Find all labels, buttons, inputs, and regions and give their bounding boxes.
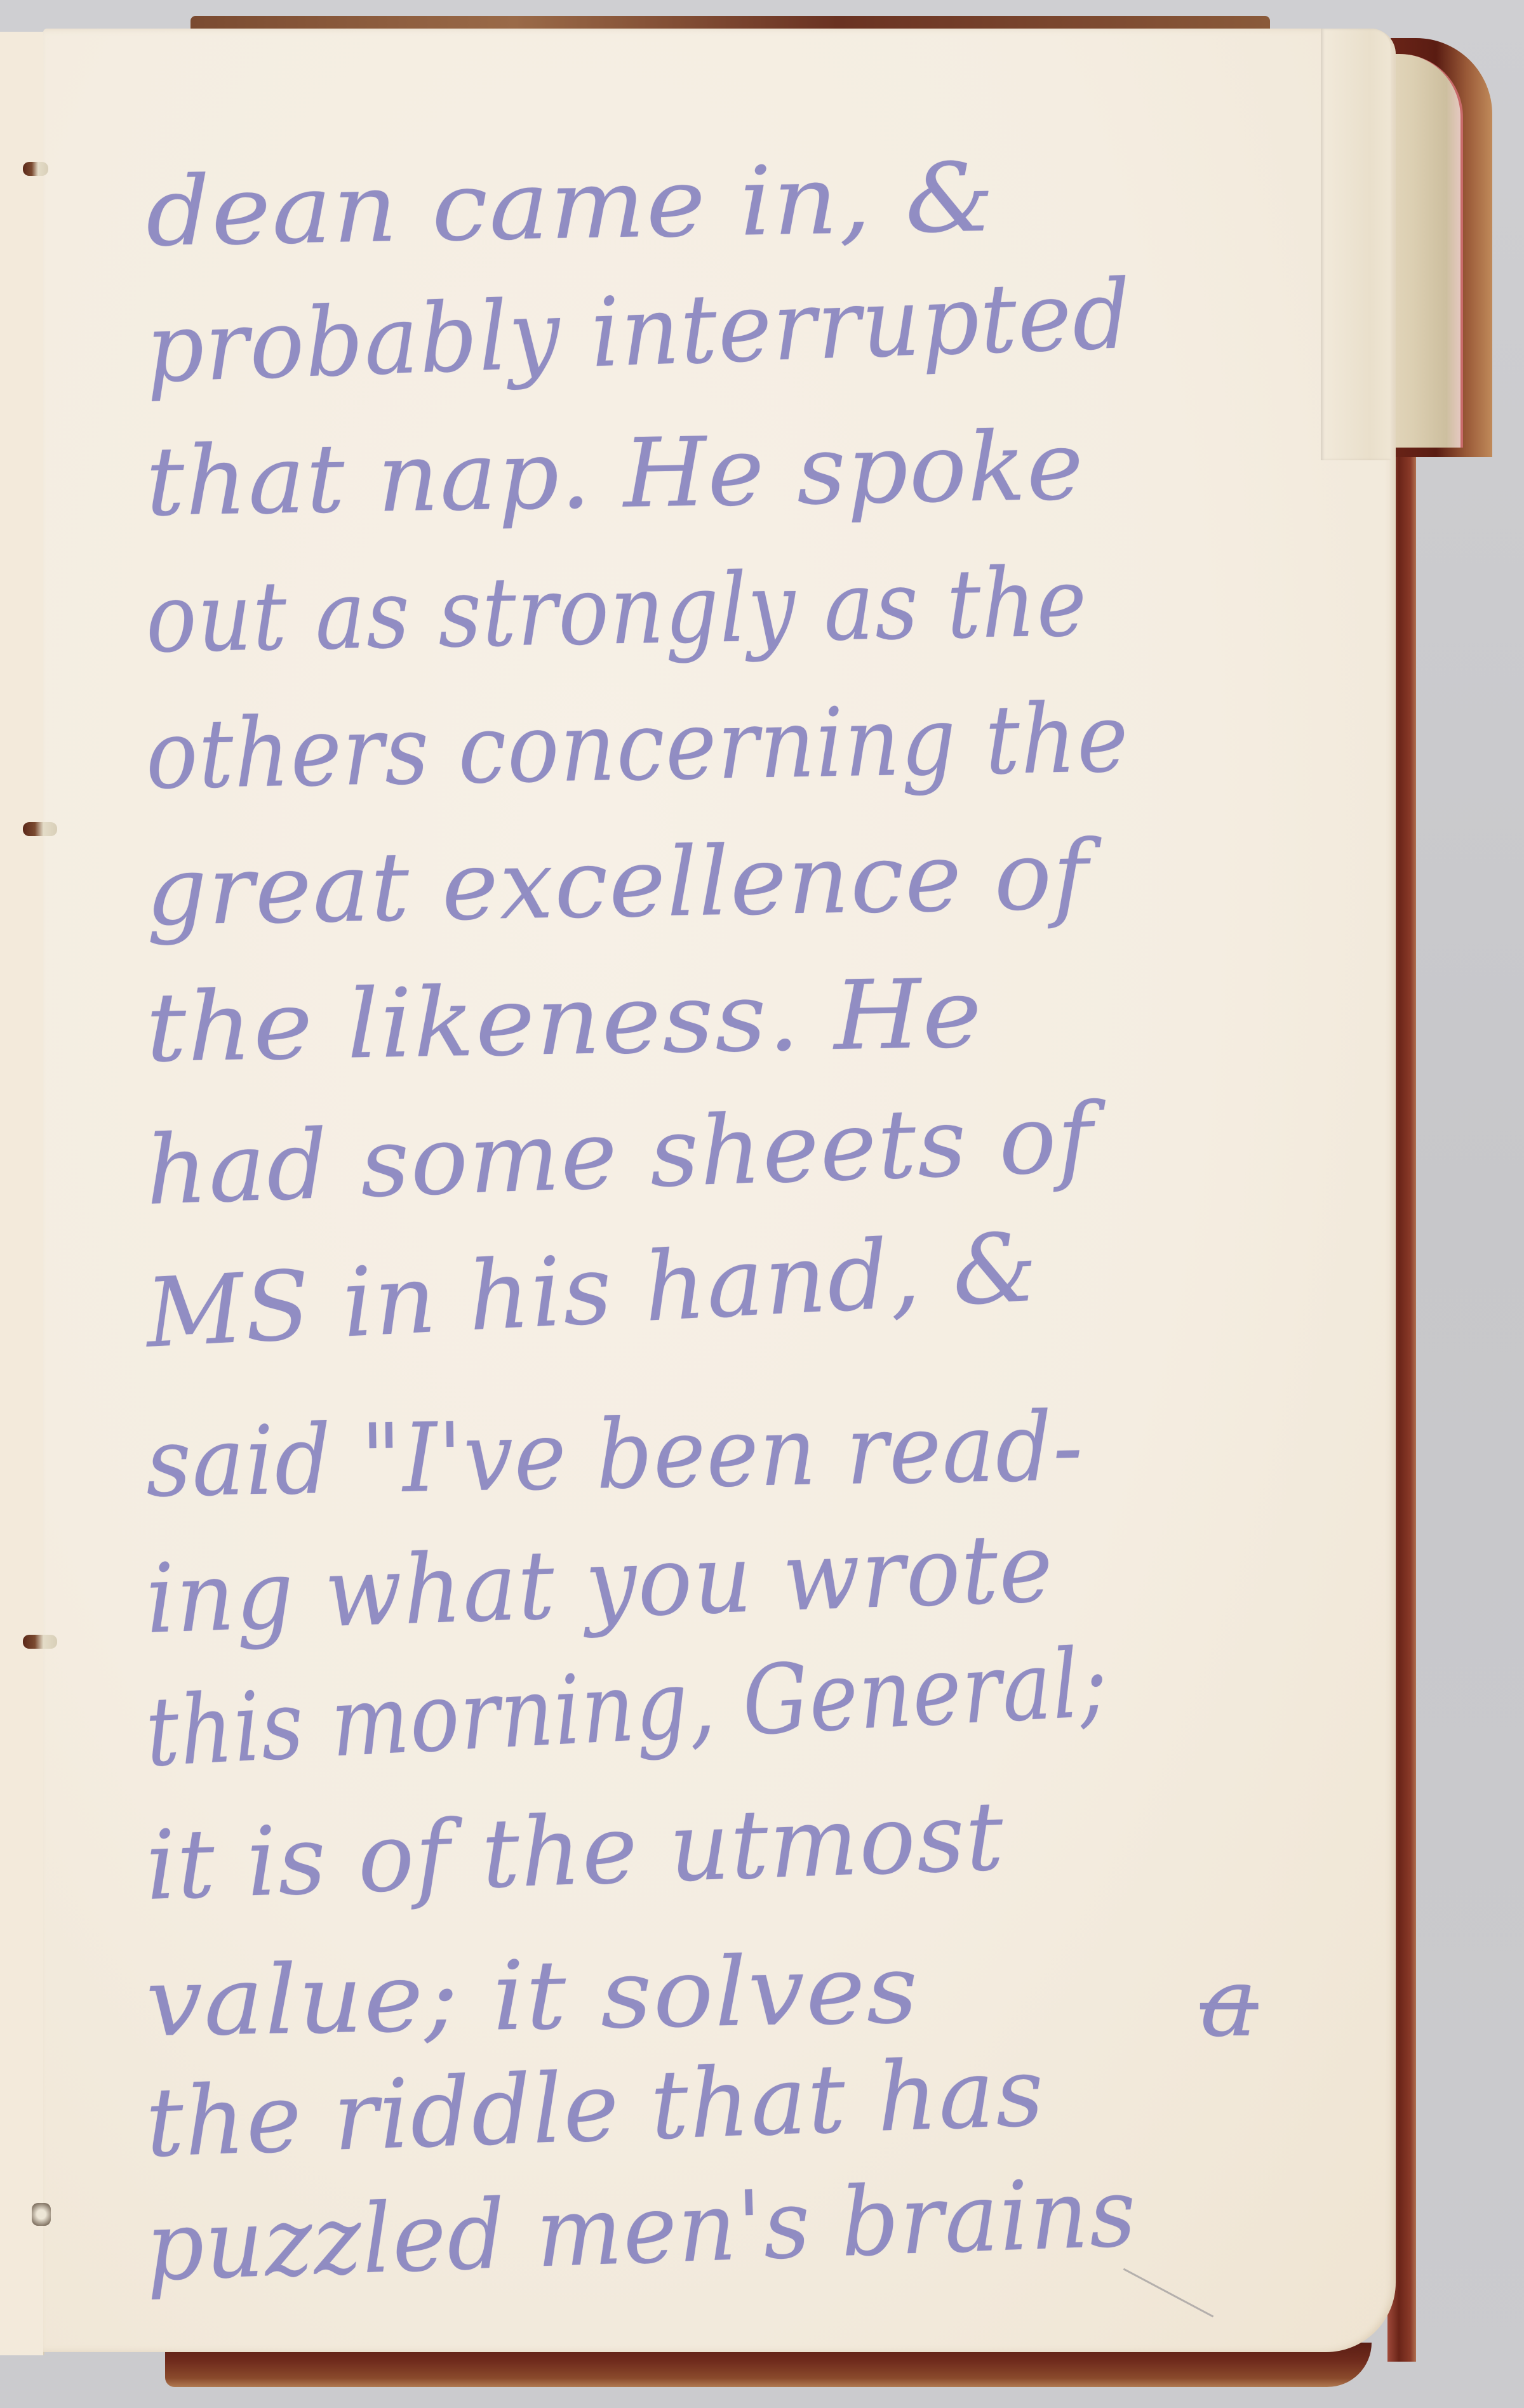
binding-stitch-icon (32, 2203, 51, 2226)
handwritten-line: value; it solves (145, 1942, 920, 2051)
struck-out-word: a (1200, 1955, 1258, 2051)
binding-stitch-icon (23, 822, 57, 836)
binding-stitch-icon (23, 162, 48, 176)
handwritten-line: said "I've been read- (145, 1399, 1085, 1511)
handwritten-line: the likeness. He (145, 966, 984, 1076)
facing-page-left (0, 32, 44, 2355)
binding-stitch-icon (23, 1635, 57, 1649)
torn-page-edge (1321, 29, 1391, 460)
handwritten-line: out as strongly as the (145, 555, 1088, 667)
handwritten-line: great excellence of (145, 828, 1090, 940)
notebook-cover-top-edge (190, 16, 1270, 30)
handwritten-line: others concerning the (145, 691, 1130, 803)
handwritten-line: it is of the utmost (144, 1789, 1006, 1914)
handwritten-line: dean came in, & (145, 150, 996, 260)
handwritten-line: that nap. He spoke (145, 418, 1085, 530)
